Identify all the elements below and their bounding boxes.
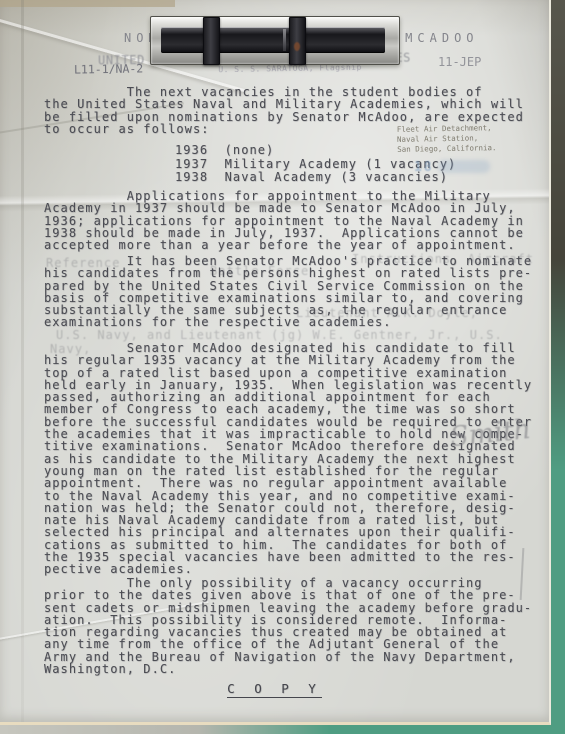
scanned-document-photo: NOMINATIONS BY SENATOR MCADOO UNITED STA… (0, 0, 565, 734)
routing-code: 11-JEP (438, 55, 481, 69)
clip-bar (161, 27, 385, 53)
clip-seam (283, 29, 286, 51)
binder-clip (150, 16, 400, 65)
copy-label: C O P Y (227, 681, 322, 698)
paper-crease (21, 0, 24, 722)
fleet-air-detachment-stamp: Fleet Air Detachment, Naval Air Station,… (397, 123, 497, 155)
paragraph-vacancy-possibility: The only possibility of a vacancy occurr… (44, 577, 532, 675)
document-page: NOMINATIONS BY SENATOR MCADOO UNITED STA… (0, 0, 551, 725)
date-stamp-smudge (438, 160, 490, 173)
ghost-text-officer-doyle: Lieutenant A.K. Doyle, (296, 306, 478, 320)
paragraph-applications: Applications for appointment to the Mili… (44, 190, 524, 251)
clip-prong (289, 17, 306, 65)
clip-prong (203, 17, 220, 65)
rust-spot (294, 42, 300, 51)
paper-top-edge (0, 0, 175, 7)
date-received-stamp: 18 (414, 160, 434, 175)
ghost-text-officer-gentner: U.S. Navy, and Lieutenant (jg) W.E. Gent… (56, 328, 503, 342)
copy-footer: C O P Y (0, 678, 549, 697)
paragraph-designation: Senator McAdoo designated his candidate … (44, 342, 532, 576)
file-number: L11-1/NA-2 (74, 61, 143, 76)
